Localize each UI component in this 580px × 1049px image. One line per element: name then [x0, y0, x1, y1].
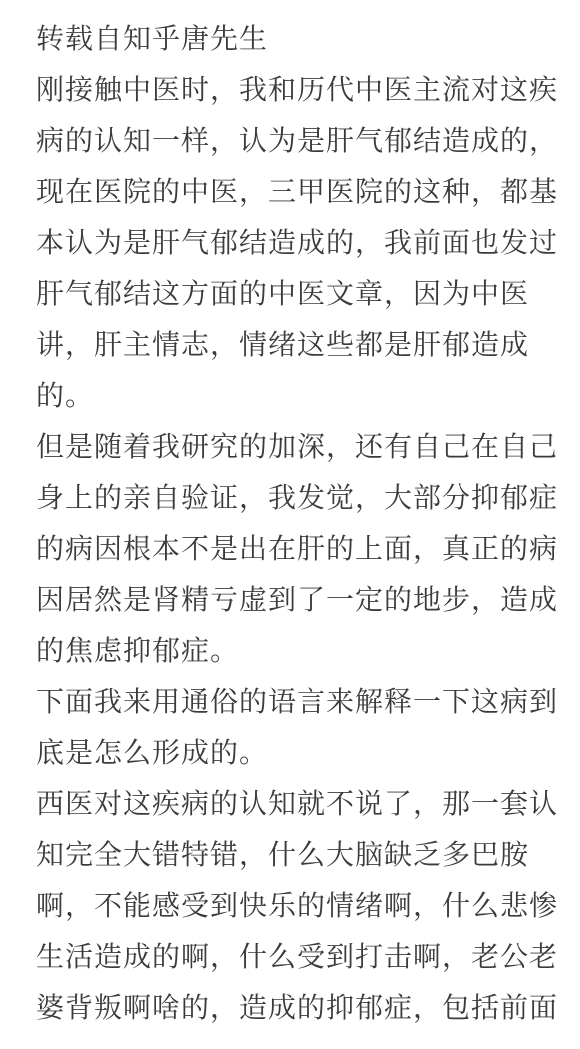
text-line: 肝气郁结这方面的中医文章，因为中医	[36, 268, 554, 319]
text-line: 但是随着我研究的加深，还有自己在自己	[36, 421, 554, 472]
text-line: 生活造成的啊，什么受到打击啊，老公老	[36, 931, 554, 982]
text-line: 因居然是肾精亏虚到了一定的地步，造成	[36, 574, 554, 625]
text-line: 现在医院的中医，三甲医院的这种，都基	[36, 166, 554, 217]
text-line: 本认为是肝气郁结造成的，我前面也发过	[36, 217, 554, 268]
text-line-attribution: 转载自知乎唐先生	[36, 13, 554, 64]
text-line: 啊，不能感受到快乐的情绪啊，什么悲惨	[36, 880, 554, 931]
article-page: 转载自知乎唐先生 刚接触中医时，我和历代中医主流对这疾 病的认知一样，认为是肝气…	[0, 0, 580, 1049]
text-line: 下面我来用通俗的语言来解释一下这病到	[36, 676, 554, 727]
text-line: 的病因根本不是出在肝的上面，真正的病	[36, 523, 554, 574]
text-line: 的。	[36, 370, 554, 421]
text-line: 西医对这疾病的认知就不说了，那一套认	[36, 778, 554, 829]
article-text: 转载自知乎唐先生 刚接触中医时，我和历代中医主流对这疾 病的认知一样，认为是肝气…	[36, 13, 554, 1033]
text-line: 讲，肝主情志，情绪这些都是肝郁造成	[36, 319, 554, 370]
text-line: 婆背叛啊啥的，造成的抑郁症，包括前面	[36, 982, 554, 1033]
text-line: 底是怎么形成的。	[36, 727, 554, 778]
text-line: 病的认知一样，认为是肝气郁结造成的，	[36, 115, 554, 166]
text-line: 刚接触中医时，我和历代中医主流对这疾	[36, 64, 554, 115]
text-line: 的焦虑抑郁症。	[36, 625, 554, 676]
text-line: 知完全大错特错，什么大脑缺乏多巴胺	[36, 829, 554, 880]
text-line: 身上的亲自验证，我发觉，大部分抑郁症	[36, 472, 554, 523]
